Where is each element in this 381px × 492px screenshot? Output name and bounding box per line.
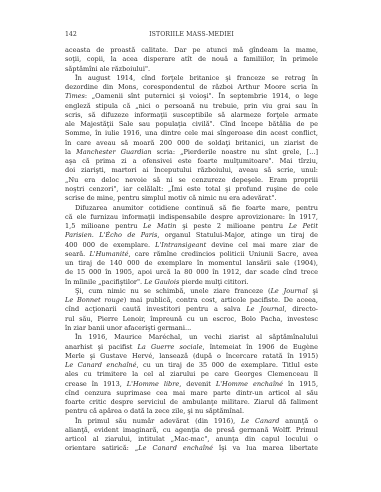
text-line: noştri cenzori", iar celălalt: „Îmi este… <box>65 185 318 194</box>
text-line: În primul său număr adevărat (din 1916),… <box>65 417 318 426</box>
text-line: seară. L'Humanité, care rămîne credincio… <box>65 250 318 259</box>
text-line: ales cu trimitere la cel al ziarului pe … <box>65 370 318 379</box>
text-line: În 1916, Maurice Maréchal, un vechi ziar… <box>65 333 318 342</box>
text-line: Le Canard enchaîné, cu un tiraj de 35 00… <box>65 361 318 370</box>
text-line: Merle şi Gustave Hervé, lansează (după o… <box>65 352 318 361</box>
text-line: că ele furnizau informaţii indispensabil… <box>65 213 318 222</box>
text-line: în ziar banii unor afacerişti germani... <box>65 324 318 333</box>
text-line: „Nu era deloc nevoie să ni se cenzureze … <box>65 176 318 185</box>
text-line: engleză stipula că „nici o persoană nu t… <box>65 102 318 111</box>
text-line: pentru că apărea o dată la zece zile, şi… <box>65 407 318 416</box>
text-line: în care aveau să moară 200 000 de soldaţ… <box>65 139 318 148</box>
text-line: Şi, cum nimic nu se schimbă, unele ziare… <box>65 287 318 296</box>
text-line: de 15 000 în 1905, apoi urcă la 80 000 î… <box>65 268 318 277</box>
text-line: un tiraj de 140 000 de exemplare în mome… <box>65 259 318 268</box>
text-line: Parisien. L'Écho de Paris, organul Statu… <box>65 231 318 240</box>
text-line: aceasta de proastă calitate. Dar pe atun… <box>65 46 318 55</box>
text-line: cînd acţionarii caută investitori pentru… <box>65 305 318 314</box>
text-line: 1,5 milioane pentru Le Matin şi peste 2 … <box>65 222 318 231</box>
text-line: foarte critic despre serviciul de ambula… <box>65 398 318 407</box>
text-line: Times: „Oamenii sînt puternici şi voioşi… <box>65 92 318 101</box>
body-text: aceasta de proastă calitate. Dar pe atun… <box>65 46 318 454</box>
book-page: 142 ISTORIILE MASS-MEDIEI aceasta de pro… <box>0 0 381 492</box>
text-line: soţii, copii, la acea disperare atît de … <box>65 55 318 64</box>
running-title: ISTORIILE MASS-MEDIEI <box>65 31 318 38</box>
text-line: alianţă, evident imaginară, cu agenţia d… <box>65 426 318 435</box>
text-line: crease în 1913, L'Homme libre, devenit L… <box>65 380 318 389</box>
text-line: Le Bonnet rouge) mai publică, contra cos… <box>65 296 318 305</box>
text-line: scrise de mine, pentru simplul motiv că … <box>65 194 318 203</box>
text-line: doi ziarişti, martori ai începutului răz… <box>65 166 318 175</box>
text-line: dezordine din Mons, corespondentul de ră… <box>65 83 318 92</box>
text-line: în mîinile „pacifiştilor". Le Gaulois pi… <box>65 278 318 287</box>
text-line: anarhist şi pacifist La Guerre sociale, … <box>65 343 318 352</box>
text-line: săptămîni ale războiului". <box>65 65 318 74</box>
text-line: Somme, în iulie 1916, una dintre cele ma… <box>65 129 318 138</box>
text-line: În august 1914, cînd forţele britanice ş… <box>65 74 318 83</box>
text-line: orientare satirică: „Le Canard enchaîné … <box>65 444 318 453</box>
text-line: articol al ziarului, intitulat „Mac-mac"… <box>65 435 318 444</box>
page-header: 142 ISTORIILE MASS-MEDIEI <box>65 31 318 40</box>
text-line: Difuzarea anumitor cotidiene continuă să… <box>65 204 318 213</box>
text-line: rul său, Pierre Lenoir, împreună cu un e… <box>65 315 318 324</box>
text-line: la Manchester Guardian scria: „Pierderil… <box>65 148 318 157</box>
text-line: scris, să difuzeze informaţii susceptibi… <box>65 111 318 120</box>
text-line: aşa că prima zi a ofensivei este foarte … <box>65 157 318 166</box>
text-line: ale Majestăţii Sale sau populaţia civilă… <box>65 120 318 129</box>
text-line: 400 000 de exemplare. L'Intransigeant de… <box>65 241 318 250</box>
text-line: cînd cenzura suprimase cea mai mare part… <box>65 389 318 398</box>
